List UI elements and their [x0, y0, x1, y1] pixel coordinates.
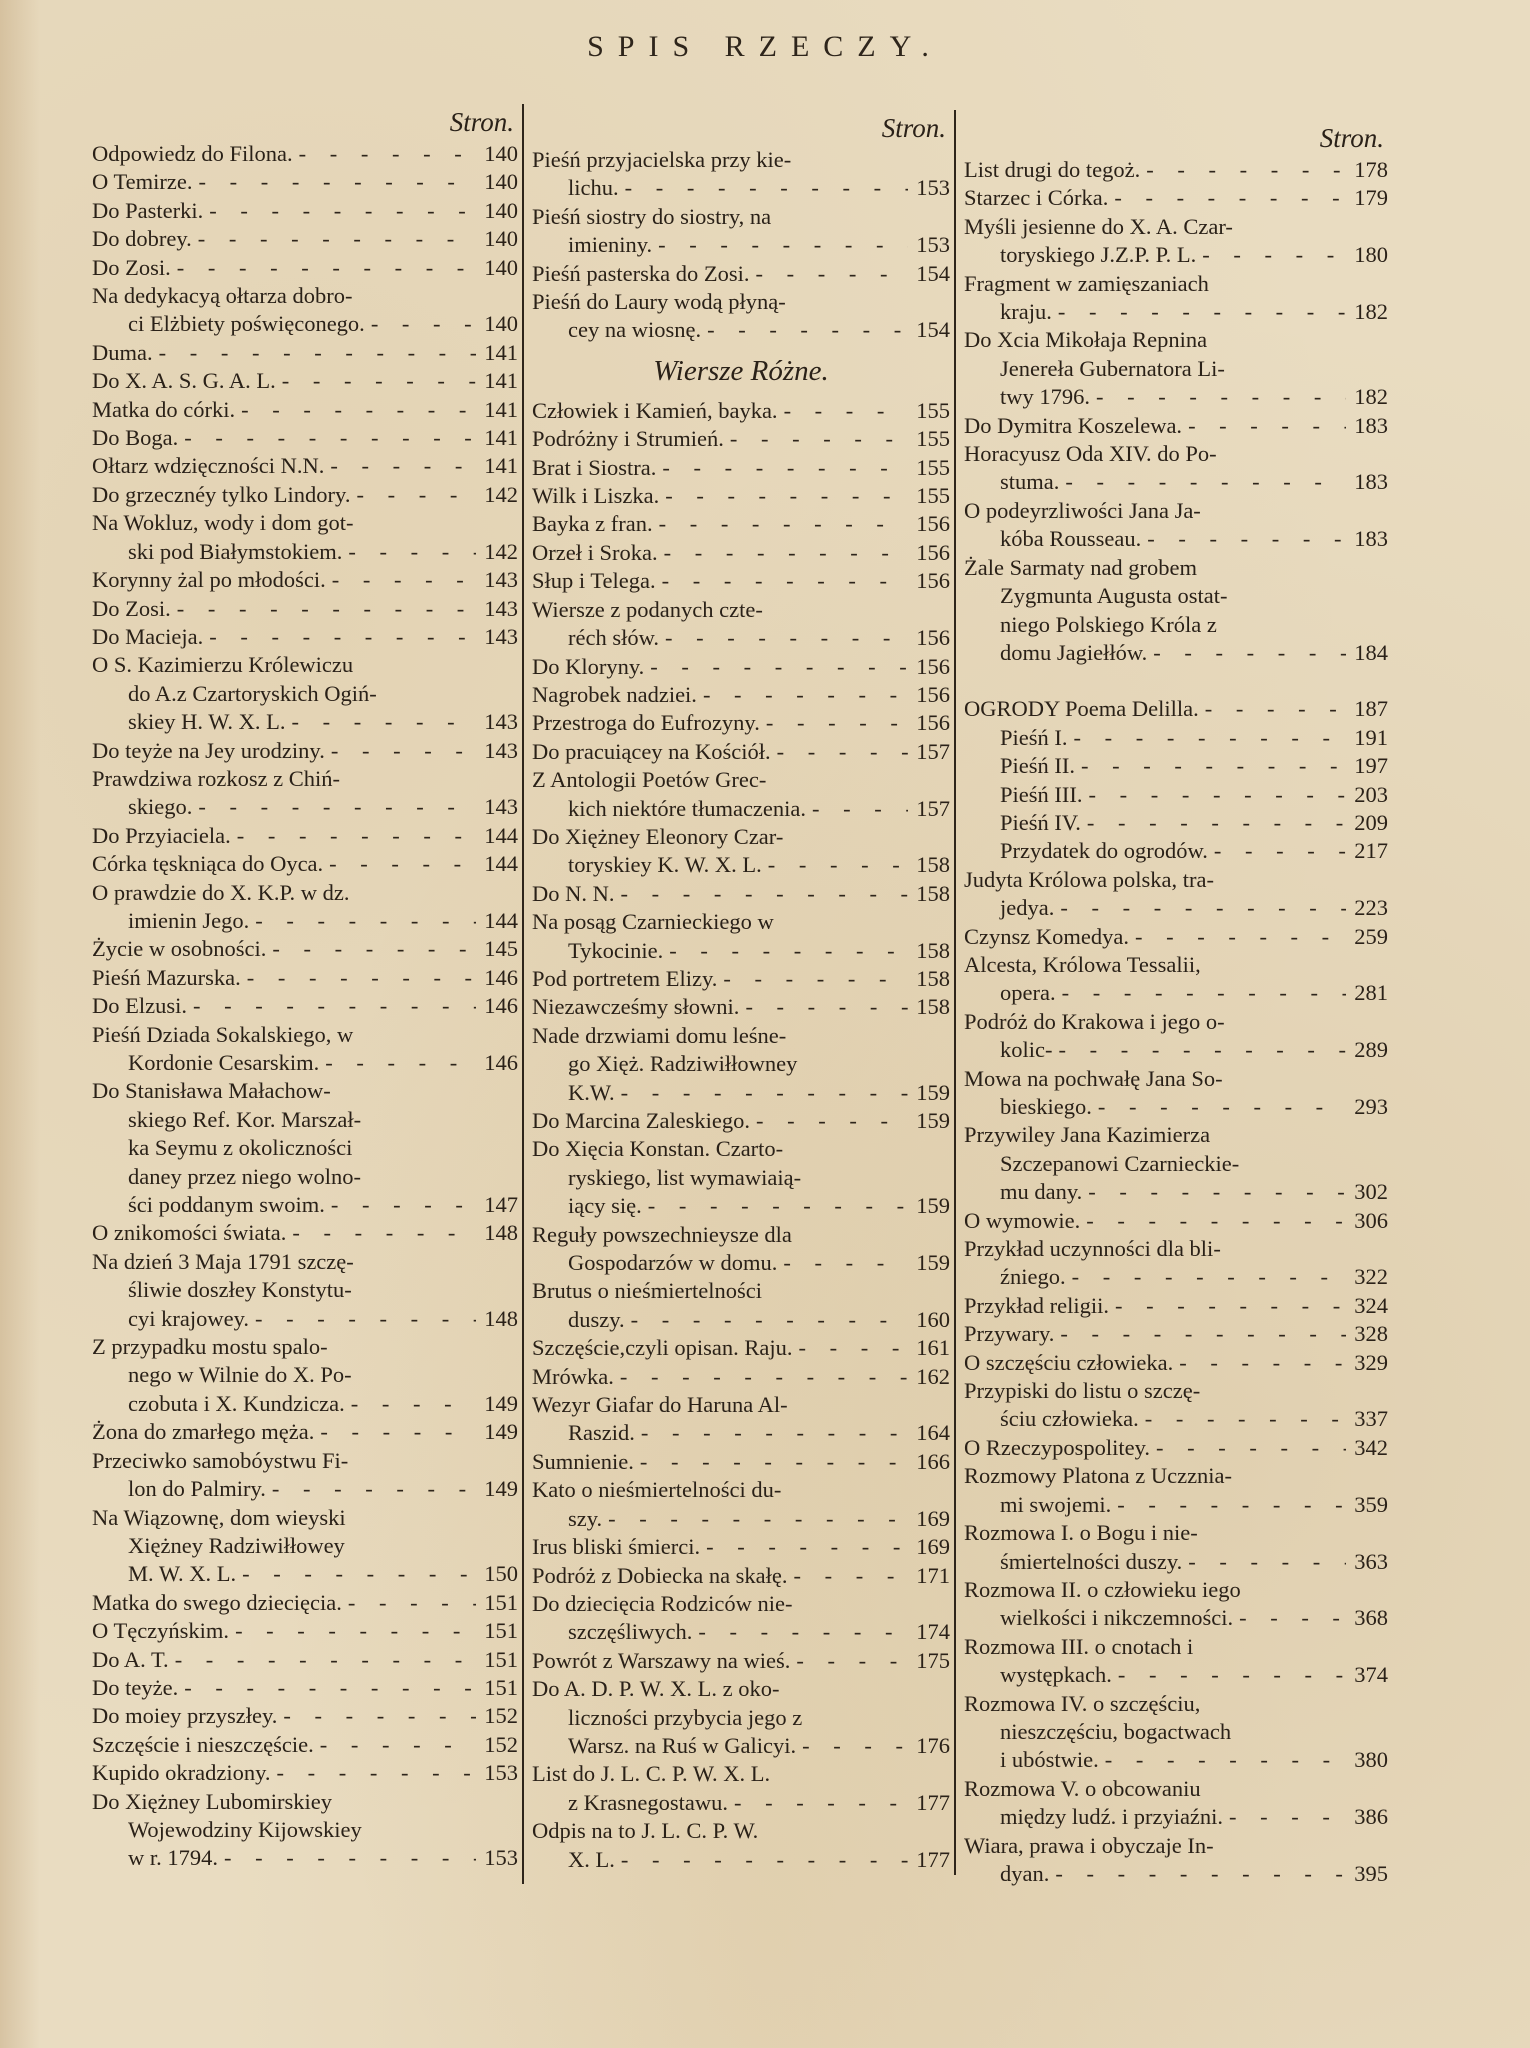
- toc-entry: O znikomości świata.- - - - - - - - - - …: [92, 1219, 518, 1247]
- dot-leader: - - - - - - - - - - - -: [793, 1334, 908, 1362]
- toc-entry: Matka do córki.- - - - - - - - - - - -14…: [92, 396, 518, 424]
- entry-title: Brat i Siostra.: [532, 454, 656, 482]
- page-number: 158: [908, 880, 950, 908]
- entry-title: imienin Jego.: [128, 907, 249, 935]
- entry-title: O Tęczyńskim.: [92, 1617, 229, 1645]
- dot-leader: - - - - - - - - - - - -: [286, 1219, 476, 1247]
- toc-entry: Na posąg Czarnieckiego wTykocinie.- - - …: [532, 908, 950, 965]
- dot-leader: - - - - - - - - - - - -: [192, 225, 476, 253]
- entry-title: Mowa na pochwałę Jana So-: [964, 1065, 1223, 1093]
- dot-leader: - - - - - - - - - - - -: [1233, 1604, 1346, 1632]
- entry-title: Szczęście i nieszczęście.: [92, 1731, 314, 1759]
- page-number: 148: [476, 1305, 518, 1333]
- page-number: 149: [476, 1390, 518, 1418]
- page-number: 144: [476, 907, 518, 935]
- entry-title: twy 1796.: [1000, 383, 1090, 411]
- entry-title: Wezyr Giafar do Haruna Al-: [532, 1391, 788, 1419]
- page-number: 158: [908, 965, 950, 993]
- entry-title: Do dobrey.: [92, 225, 192, 253]
- dot-leader: - - - - - - - - - - - -: [1223, 1803, 1346, 1831]
- toc-entry: Rozmowy Platona z Uczznia-mi swojemi.- -…: [964, 1462, 1388, 1519]
- page-number: 157: [908, 738, 950, 766]
- page-number: 209: [1346, 809, 1388, 837]
- entry-title: K.W.: [568, 1079, 615, 1107]
- dot-leader: - - - - - - - - - - - -: [1208, 837, 1346, 865]
- entry-title: z Krasnegostawu.: [568, 1789, 728, 1817]
- page-number: 156: [908, 653, 950, 681]
- page-number: 337: [1346, 1405, 1388, 1433]
- entry-title: Fragment w zamięszaniach: [964, 270, 1209, 298]
- dot-leader: - - - - - - - - - - - -: [625, 1306, 908, 1334]
- dot-leader: - - - - - - - - - - - -: [1092, 1093, 1346, 1121]
- entry-title: Rozmowa III. o cnotach i: [964, 1633, 1193, 1661]
- page-number: 140: [476, 168, 518, 196]
- page-number: 159: [908, 1079, 950, 1107]
- page-number: 141: [476, 367, 518, 395]
- toc-entry: O Temirze.- - - - - - - - - - - -140: [92, 168, 518, 196]
- table-of-contents: Stron. Odpowiedz do Filona.- - - - - - -…: [92, 104, 1388, 1888]
- entry-title: czobuta i X. Kundzicza.: [128, 1390, 345, 1418]
- toc-entry: Myśli jesienne do X. A. Czar-toryskiego …: [964, 213, 1388, 270]
- dot-leader: - - - - - - - - - - - -: [1082, 1178, 1346, 1206]
- page-number: 141: [476, 396, 518, 424]
- entry-title: Matka do córki.: [92, 396, 235, 424]
- entry-title: ści poddanym swoim.: [128, 1191, 325, 1219]
- entry-title: O szczęściu człowieka.: [964, 1349, 1173, 1377]
- entry-title: mu dany.: [1000, 1178, 1082, 1206]
- entry-title: Orzeł i Sroka.: [532, 539, 658, 567]
- entry-title: toryskiego J.Z.P. P. L.: [1000, 241, 1196, 269]
- dot-leader: - - - - - - - - - - - -: [796, 1732, 908, 1760]
- dot-leader: - - - - - - - - - - - -: [342, 538, 476, 566]
- entry-title: liczności przybycia jego z: [568, 1704, 802, 1732]
- page-number: 153: [476, 1844, 518, 1872]
- entry-title: nieszczęściu, bogactwach: [1000, 1718, 1231, 1746]
- entry-title: Matka do swego dziecięcia.: [92, 1589, 342, 1617]
- dot-leader: - - - - - - - - - - - -: [658, 539, 908, 567]
- toc-entry: Do Pasterki.- - - - - - - - - - - -140: [92, 197, 518, 225]
- dot-leader: - - - - - - - - - - - -: [171, 595, 476, 623]
- page-number: 171: [908, 1562, 950, 1590]
- page-number: 153: [908, 231, 950, 259]
- entry-title: Pod portretem Elizy.: [532, 965, 717, 993]
- toc-entry: Do Kloryny.- - - - - - - - - - - -156: [532, 653, 950, 681]
- dot-leader: - - - - - - - - - - - -: [203, 197, 476, 225]
- entry-title: Przypiski do listu o szczę-: [964, 1377, 1200, 1405]
- entry-title: Przykład uczynności dla bli-: [964, 1235, 1221, 1263]
- entry-title: cey na wiosnę.: [568, 316, 701, 344]
- page-number: 149: [476, 1475, 518, 1503]
- toc-entry: Do Macieja.- - - - - - - - - - - -143: [92, 623, 518, 651]
- page-number: 184: [1346, 639, 1388, 667]
- page-number: 143: [476, 623, 518, 651]
- entry-title: Tykocinie.: [568, 937, 663, 965]
- dot-leader: - - - - - - - - - - - -: [1081, 809, 1346, 837]
- toc-entry: Matka do swego dziecięcia.- - - - - - - …: [92, 1589, 518, 1617]
- page-title: SPIS RZECZY.: [0, 30, 1530, 64]
- entry-title: Odpowiedz do Filona.: [92, 140, 293, 168]
- toc-entry: Podróżny i Strumień.- - - - - - - - - - …: [532, 425, 950, 453]
- toc-entry: O wymowie.- - - - - - - - - - - -306: [964, 1207, 1388, 1235]
- toc-entry: Pod portretem Elizy.- - - - - - - - - - …: [532, 965, 950, 993]
- toc-column-3: Stron. List drugi do tegoż.- - - - - - -…: [956, 120, 1388, 1888]
- entry-title: Do dziecięcia Rodziców nie-: [532, 1590, 793, 1618]
- toc-entry: Do Przyiaciela.- - - - - - - - - - - -14…: [92, 822, 518, 850]
- page-number: 155: [908, 482, 950, 510]
- toc-entry: Z przypadku mostu spalo-nego w Wilnie do…: [92, 1333, 518, 1418]
- page-number: 146: [476, 1049, 518, 1077]
- page-number: 142: [476, 481, 518, 509]
- page-number: 154: [908, 316, 950, 344]
- dot-leader: - - - - - - - - - - - -: [192, 168, 476, 196]
- entry-title: List drugi do tegoż.: [964, 156, 1140, 184]
- toc-entry: Odpis na to J. L. C. P. W.X. L.- - - - -…: [532, 1817, 950, 1874]
- page-number: 155: [908, 425, 950, 453]
- entry-title: duszy.: [568, 1306, 625, 1334]
- entry-title: bieskiego.: [1000, 1093, 1092, 1121]
- toc-entry: Z Antologii Poetów Grec-kich niektóre tł…: [532, 766, 950, 823]
- dot-leader: - - - - - - - - - - - -: [325, 1191, 476, 1219]
- entry-title: Na dedykacyą ołtarza dobro-: [92, 282, 353, 310]
- entry-title: Do teyże.: [92, 1674, 178, 1702]
- dot-leader: - - - - - - - - - - - -: [728, 1789, 908, 1817]
- dot-leader: - - - - - - - - - - - -: [653, 510, 908, 538]
- entry-title: Do A. T.: [92, 1646, 169, 1674]
- page-number: 306: [1346, 1207, 1388, 1235]
- entry-title: réch słów.: [568, 624, 659, 652]
- dot-leader: - - - - - - - - - - - -: [266, 935, 476, 963]
- page-number: 154: [908, 260, 950, 288]
- dot-leader: - - - - - - - - - - - -: [1075, 752, 1346, 780]
- dot-leader: - - - - - - - - - - - -: [1099, 1746, 1346, 1774]
- page-number: 142: [476, 538, 518, 566]
- dot-leader: - - - - - - - - - - - -: [229, 1617, 476, 1645]
- dot-leader: - - - - - - - - - - - -: [325, 737, 476, 765]
- entry-title: Kato o nieśmiertelności du-: [532, 1476, 781, 1504]
- entry-title: dyan.: [1000, 1860, 1049, 1888]
- entry-title: Pieśń Dziada Sokalskiego, w: [92, 1021, 353, 1049]
- page-number: 143: [476, 566, 518, 594]
- page-number: 144: [476, 850, 518, 878]
- toc-entry: Wiersze z podanych czte-réch słów.- - - …: [532, 596, 950, 653]
- dot-leader: - - - - - - - - - - - -: [602, 1505, 908, 1533]
- entry-title: Do Elzusi.: [92, 992, 187, 1020]
- page-number: 179: [1346, 184, 1388, 212]
- toc-entry: Przestroga do Eufrozyny.- - - - - - - - …: [532, 709, 950, 737]
- page-number: 281: [1346, 979, 1388, 1007]
- entry-title: Córka tęskniąca do Oyca.: [92, 850, 323, 878]
- toc-entry: Życie w osobności.- - - - - - - - - - - …: [92, 935, 518, 963]
- entry-title: Do Xiężney Lubomirskiey: [92, 1788, 332, 1816]
- entry-title: M. W. X. L.: [128, 1560, 236, 1588]
- entry-title: X. L.: [568, 1846, 615, 1874]
- toc-entry: Do grzecznéy tylko Lindory.- - - - - - -…: [92, 481, 518, 509]
- entry-title: Szczepanowi Czarnieckie-: [1000, 1150, 1239, 1178]
- page-number: 140: [476, 140, 518, 168]
- dot-leader: - - - - - - - - - - - -: [323, 850, 476, 878]
- entry-title: Pieśń siostry do siostry, na: [532, 203, 771, 231]
- entry-title: Do Stanisława Małachow-: [92, 1077, 331, 1105]
- dot-leader: - - - - - - - - - - - -: [1054, 894, 1346, 922]
- entry-title: Do Boga.: [92, 424, 178, 452]
- entry-title: śmiertelności duszy.: [1000, 1548, 1182, 1576]
- entry-title: Do grzecznéy tylko Lindory.: [92, 481, 350, 509]
- dot-leader: - - - - - - - - - - - -: [1056, 979, 1346, 1007]
- dot-leader: - - - - - - - - - - - -: [656, 454, 908, 482]
- toc-entry: Duma.- - - - - - - - - - - -141: [92, 339, 518, 367]
- toc-entry: Wilk i Liszka.- - - - - - - - - - - -155: [532, 482, 950, 510]
- toc-entry: Przykład religii.- - - - - - - - - - - -…: [964, 1292, 1388, 1320]
- entry-title: Rozmowa II. o człowieku iego: [964, 1576, 1241, 1604]
- entry-title: ściu człowieka.: [1000, 1405, 1139, 1433]
- entry-title: szy.: [568, 1505, 602, 1533]
- dot-leader: - - - - - - - - - - - -: [615, 1846, 908, 1874]
- toc-entry: Nagrobek nadziei.- - - - - - - - - - - -…: [532, 681, 950, 709]
- toc-entry: Do Zosi.- - - - - - - - - - - -140: [92, 254, 518, 282]
- page-number: 178: [1346, 156, 1388, 184]
- dot-leader: - - - - - - - - - - - -: [218, 1844, 476, 1872]
- entry-list: Odpowiedz do Filona.- - - - - - - - - - …: [92, 140, 518, 1873]
- entry-title: jedya.: [1000, 894, 1054, 922]
- dot-leader: - - - - - - - - - - - -: [1150, 1434, 1346, 1462]
- entry-title: Do A. D. P. W. X. L. z oko-: [532, 1675, 780, 1703]
- page-number: 363: [1346, 1548, 1388, 1576]
- toc-entry: O szczęściu człowieka.- - - - - - - - - …: [964, 1349, 1388, 1377]
- entry-title: Judyta Królowa polska, tra-: [964, 866, 1214, 894]
- toc-entry: Pieśń II.- - - - - - - - - - - -197: [964, 752, 1388, 780]
- dot-leader: - - - - - - - - - - - -: [1147, 639, 1346, 667]
- entry-title: Pieśń przyjacielska przy kie-: [532, 146, 791, 174]
- toc-entry: Horacyusz Oda XIV. do Po-stuma.- - - - -…: [964, 440, 1388, 497]
- toc-entry: Do Elzusi.- - - - - - - - - - - -146: [92, 992, 518, 1020]
- toc-entry: Do moiey przyszłey.- - - - - - - - - - -…: [92, 1702, 518, 1730]
- page-number: 158: [908, 851, 950, 879]
- dot-leader: - - - - - - - - - - - -: [1182, 412, 1346, 440]
- toc-entry: Bayka z fran.- - - - - - - - - - - -156: [532, 510, 950, 538]
- entry-title: Zygmunta Augusta ostat-: [1000, 582, 1227, 610]
- entry-title: Podróżny i Strumień.: [532, 425, 724, 453]
- toc-entry: Brat i Siostra.- - - - - - - - - - - -15…: [532, 454, 950, 482]
- dot-leader: - - - - - - - - - - - -: [1140, 156, 1346, 184]
- dot-leader: - - - - - - - - - - - -: [692, 1618, 908, 1646]
- page-number: 160: [908, 1306, 950, 1334]
- entry-list: Pieśń przyjacielska przy kie-lichu.- - -…: [532, 146, 950, 345]
- page-number: 176: [908, 1732, 950, 1760]
- entry-title: śliwie doszłey Konstytu-: [128, 1276, 352, 1304]
- page-number: 374: [1346, 1661, 1388, 1689]
- dot-leader: - - - - - - - - - - - -: [365, 310, 476, 338]
- entry-title: Do Pasterki.: [92, 197, 203, 225]
- entry-title: kich niektóre tłumaczenia.: [568, 795, 806, 823]
- dot-leader: - - - - - - - - - - - -: [153, 339, 476, 367]
- entry-title: Pieśń I.: [1000, 724, 1068, 752]
- entry-title: kraju.: [1000, 298, 1052, 326]
- dot-leader: - - - - - - - - - - - -: [1054, 1320, 1346, 1348]
- entry-title: Z przypadku mostu spalo-: [92, 1333, 328, 1361]
- page-number: 177: [908, 1846, 950, 1874]
- entry-list: OGRODY Poema Delilla.- - - - - - - - - -…: [964, 695, 1388, 1888]
- dot-leader: - - - - - - - - - - - -: [236, 1560, 476, 1588]
- entry-title: O podeyrzliwości Jana Ja-: [964, 497, 1201, 525]
- entry-title: ka Seymu z okoliczności: [128, 1134, 352, 1162]
- entry-title: Podróż do Krakowa i jego o-: [964, 1008, 1225, 1036]
- page-number: 380: [1346, 1746, 1388, 1774]
- page-number: 141: [476, 339, 518, 367]
- entry-title: Rozmowa V. o obcowaniu: [964, 1775, 1201, 1803]
- entry-title: Sumnienie.: [532, 1448, 634, 1476]
- toc-entry: Żale Sarmaty nad grobemZygmunta Augusta …: [964, 554, 1388, 668]
- entry-title: O Rzeczypospolitey.: [964, 1434, 1150, 1462]
- toc-entry: Do Dymitra Koszelewa.- - - - - - - - - -…: [964, 412, 1388, 440]
- entry-title: Mrówka.: [532, 1363, 614, 1391]
- toc-entry: Pieśń I.- - - - - - - - - - - -191: [964, 724, 1388, 752]
- page-number: 175: [908, 1647, 950, 1675]
- dot-leader: - - - - - - - - - - - -: [700, 1533, 908, 1561]
- entry-title: występkach.: [1000, 1661, 1112, 1689]
- dot-leader: - - - - - - - - - - - -: [644, 653, 908, 681]
- page-number: 153: [476, 1759, 518, 1787]
- page-number: 169: [908, 1533, 950, 1561]
- toc-entry: Do dobrey.- - - - - - - - - - - -140: [92, 225, 518, 253]
- toc-entry: Do teyże.- - - - - - - - - - - -151: [92, 1674, 518, 1702]
- dot-leader: - - - - - - - - - - - -: [1109, 1292, 1346, 1320]
- page-number: 289: [1346, 1036, 1388, 1064]
- dot-leader: - - - - - - - - - - - -: [314, 1418, 476, 1446]
- page-number: 140: [476, 197, 518, 225]
- page-number: 147: [476, 1191, 518, 1219]
- toc-entry: Prawdziwa rozkosz z Chiń-skiego.- - - - …: [92, 765, 518, 822]
- dot-leader: - - - - - - - - - - - -: [187, 992, 476, 1020]
- page-number: 156: [908, 510, 950, 538]
- entry-title: stuma.: [1000, 468, 1059, 496]
- dot-leader: - - - - - - - - - - - -: [324, 452, 476, 480]
- dot-leader: - - - - - - - - - - - -: [1182, 1548, 1346, 1576]
- toc-entry: Do A. T.- - - - - - - - - - - -151: [92, 1646, 518, 1674]
- toc-entry: Kato o nieśmiertelności du-szy.- - - - -…: [532, 1476, 950, 1533]
- toc-entry: Starzec i Córka.- - - - - - - - - - - -1…: [964, 184, 1388, 212]
- page-number: 146: [476, 964, 518, 992]
- page-number: 259: [1346, 923, 1388, 951]
- dot-leader: - - - - - - - - - - - -: [1173, 1349, 1346, 1377]
- entry-title: Życie w osobności.: [92, 935, 266, 963]
- entry-list: Człowiek i Kamień, bayka.- - - - - - - -…: [532, 397, 950, 1874]
- entry-title: Do N. N.: [532, 880, 615, 908]
- entry-title: Xiężney Radziwiłłowey: [128, 1532, 345, 1560]
- dot-leader: - - - - - - - - - - - -: [178, 1674, 476, 1702]
- dot-leader: - - - - - - - - - - - -: [235, 396, 476, 424]
- toc-column-1: Stron. Odpowiedz do Filona.- - - - - - -…: [92, 104, 524, 1884]
- dot-leader: - - - - - - - - - - - -: [192, 793, 476, 821]
- dot-leader: - - - - - - - - - - - -: [634, 1448, 908, 1476]
- entry-title: kolic-: [1000, 1036, 1052, 1064]
- entry-title: Do Przyiaciela.: [92, 822, 231, 850]
- dot-leader: - - - - - - - - - - - -: [342, 1589, 476, 1617]
- entry-title: Myśli jesienne do X. A. Czar-: [964, 213, 1233, 241]
- entry-title: Bayka z fran.: [532, 510, 653, 538]
- toc-entry: Przypiski do listu o szczę-ściu człowiek…: [964, 1377, 1388, 1434]
- dot-leader: - - - - - - - - - - - -: [697, 681, 908, 709]
- toc-entry: Korynny żal po młodości.- - - - - - - - …: [92, 566, 518, 594]
- page-number: 153: [908, 174, 950, 202]
- entry-title: Wojewodziny Kijowskiey: [128, 1816, 362, 1844]
- entry-title: O Temirze.: [92, 168, 192, 196]
- dot-leader: - - - - - - - - - - - -: [314, 1731, 476, 1759]
- toc-entry: Córka tęskniąca do Oyca.- - - - - - - - …: [92, 850, 518, 878]
- dot-leader: - - - - - - - - - - - -: [762, 851, 908, 879]
- page-number: 150: [476, 1560, 518, 1588]
- dot-leader: - - - - - - - - - - - -: [663, 937, 908, 965]
- entry-list: List drugi do tegoż.- - - - - - - - - - …: [964, 156, 1388, 667]
- entry-title: Przestroga do Eufrozyny.: [532, 709, 760, 737]
- dot-leader: - - - - - - - - - - - -: [659, 624, 908, 652]
- entry-title: Na Wokluz, wody i dom got-: [92, 509, 354, 537]
- dot-leader: - - - - - - - - - - - -: [619, 174, 908, 202]
- toc-entry: O prawdzie do X. K.P. w dz.imienin Jego.…: [92, 879, 518, 936]
- entry-title: opera.: [1000, 979, 1056, 1007]
- entry-title: Irus bliski śmierci.: [532, 1533, 700, 1561]
- entry-title: lon do Palmiry.: [128, 1475, 266, 1503]
- toc-entry: Rozmowa IV. o szczęściu,nieszczęściu, bo…: [964, 1690, 1388, 1775]
- entry-title: Żona do zmarłego męża.: [92, 1418, 314, 1446]
- entry-title: Żale Sarmaty nad grobem: [964, 554, 1197, 582]
- entry-title: ci Elżbiety poświęconego.: [128, 310, 365, 338]
- toc-entry: Na Wokluz, wody i dom got-ski pod Białym…: [92, 509, 518, 566]
- section-gap: [964, 667, 1388, 695]
- entry-title: Wiersze z podanych czte-: [532, 596, 763, 624]
- entry-title: Do Xiężney Eleonory Czar-: [532, 823, 783, 851]
- dot-leader: - - - - - - - - - - - -: [1052, 298, 1346, 326]
- dot-leader: - - - - - - - - - - - -: [1080, 1207, 1346, 1235]
- entry-title: Pieśń do Laury wodą płyną-: [532, 288, 786, 316]
- entry-title: Niezawcześmy słowni.: [532, 993, 739, 1021]
- dot-leader: - - - - - - - - - - - -: [635, 1419, 908, 1447]
- toc-entry: Wezyr Giafar do Haruna Al-Raszid.- - - -…: [532, 1391, 950, 1448]
- page-number: 161: [908, 1334, 950, 1362]
- entry-title: daney przez niego wolno-: [128, 1163, 361, 1191]
- entry-title: do A.z Czartoryskich Ogiń-: [128, 680, 377, 708]
- dot-leader: - - - - - - - - - - - -: [788, 1562, 908, 1590]
- toc-entry: Do Xięcia Konstan. Czarto-ryskiego, list…: [532, 1135, 950, 1220]
- entry-title: Przywiley Jana Kazimierza: [964, 1121, 1210, 1149]
- page-number: 180: [1346, 241, 1388, 269]
- page-number: 141: [476, 424, 518, 452]
- entry-title: Starzec i Córka.: [964, 184, 1108, 212]
- entry-title: O znikomości świata.: [92, 1219, 286, 1247]
- entry-title: Reguły powszechnieysze dla: [532, 1221, 792, 1249]
- toc-entry: Przykład uczynności dla bli-źniego.- - -…: [964, 1235, 1388, 1292]
- entry-title: Do Xcia Mikołaja Repnina: [964, 326, 1207, 354]
- toc-entry: Podróż z Dobiecka na skałę.- - - - - - -…: [532, 1562, 950, 1590]
- entry-title: Rozmowy Platona z Uczznia-: [964, 1462, 1232, 1490]
- page-number: 156: [908, 539, 950, 567]
- toc-entry: Powrót z Warszawy na wieś.- - - - - - - …: [532, 1647, 950, 1675]
- toc-entry: Pieśń IV.- - - - - - - - - - - -209: [964, 809, 1388, 837]
- entry-title: Nagrobek nadziei.: [532, 681, 697, 709]
- dot-leader: - - - - - - - - - - - -: [777, 1249, 908, 1277]
- entry-title: Pieśń Mazurska.: [92, 964, 241, 992]
- toc-entry: Do pracuiącey na Kościół.- - - - - - - -…: [532, 738, 950, 766]
- entry-title: w r. 1794.: [128, 1844, 218, 1872]
- entry-title: Słup i Telega.: [532, 567, 656, 595]
- entry-title: Gospodarzów w domu.: [568, 1249, 777, 1277]
- page-number: 359: [1346, 1491, 1388, 1519]
- dot-leader: - - - - - - - - - - - -: [659, 482, 908, 510]
- toc-entry: Mrówka.- - - - - - - - - - - -162: [532, 1363, 950, 1391]
- page-number: 162: [908, 1363, 950, 1391]
- entry-title: Przeciwko samobóystwu Fi-: [92, 1447, 348, 1475]
- entry-title: cyi krajowey.: [128, 1305, 249, 1333]
- entry-title: Horacyusz Oda XIV. do Po-: [964, 440, 1217, 468]
